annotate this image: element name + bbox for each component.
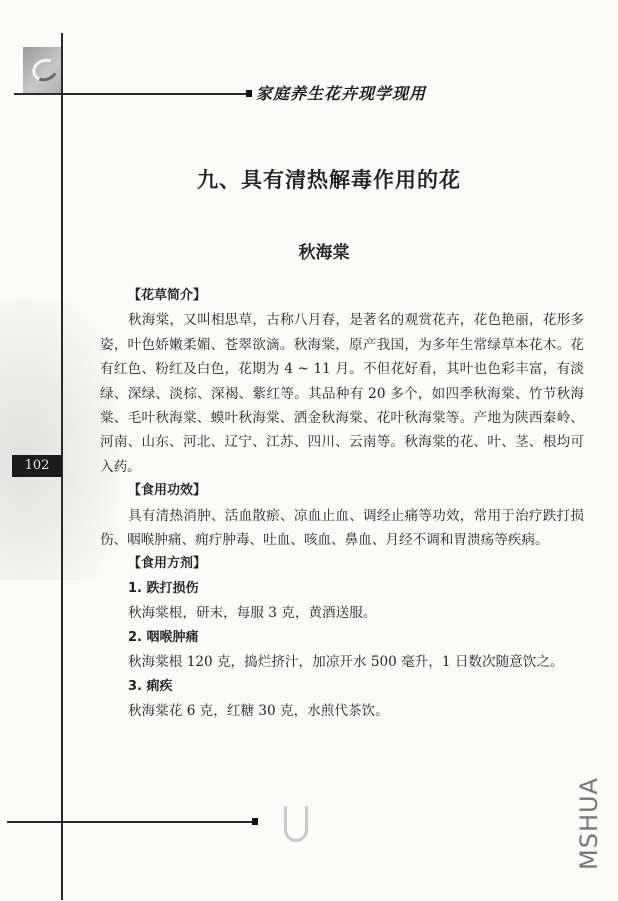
section-title: 秋海棠 — [0, 238, 618, 263]
chapter-title: 九、具有清热解毒作用的花 — [0, 164, 618, 194]
recipe-text: 秋海棠根，研末，每服 3 克，黄酒送服。 — [100, 601, 584, 625]
header-rule — [14, 93, 248, 95]
swirl-icon — [29, 55, 61, 85]
effects-paragraph: 具有清热消肿、活血散瘀、凉血止血、调经止痛等功效，常用于治疗跌打损伤、咽喉肿痛、… — [100, 504, 584, 553]
page-number: 102 — [12, 455, 62, 477]
running-header: 家庭养生花卉现学现用 — [256, 81, 426, 104]
header-rule-end-marker — [246, 90, 252, 97]
footer-leaf-logo-icon — [284, 806, 308, 842]
decorative-corner-icon — [23, 47, 61, 93]
recipe-title: 3. 痢疾 — [100, 675, 584, 699]
section-heading-recipes: 【食用方剂】 — [100, 552, 584, 576]
body-text: 【花草简介】 秋海棠，又叫相思草，古称八月春，是著名的观赏花卉，花色艳丽，花形多… — [100, 284, 584, 723]
section-heading-intro: 【花草简介】 — [100, 284, 584, 308]
recipe-title: 1. 跌打损伤 — [100, 577, 584, 601]
watermark: MSHUA — [575, 777, 603, 870]
recipe-title: 2. 咽喉肿痛 — [100, 626, 584, 650]
section-heading-effects: 【食用功效】 — [100, 479, 584, 503]
recipe-text: 秋海棠花 6 克，红糖 30 克，水煎代茶饮。 — [100, 699, 584, 723]
intro-paragraph: 秋海棠，又叫相思草，古称八月春，是著名的观赏花卉，花色艳丽，花形多姿，叶色娇嫩柔… — [100, 308, 584, 479]
recipe-text: 秋海棠根 120 克，捣烂挤汁，加凉开水 500 毫升，1 日数次随意饮之。 — [100, 650, 584, 674]
footer-rule — [7, 821, 257, 823]
footer-rule-end-marker — [252, 818, 258, 825]
